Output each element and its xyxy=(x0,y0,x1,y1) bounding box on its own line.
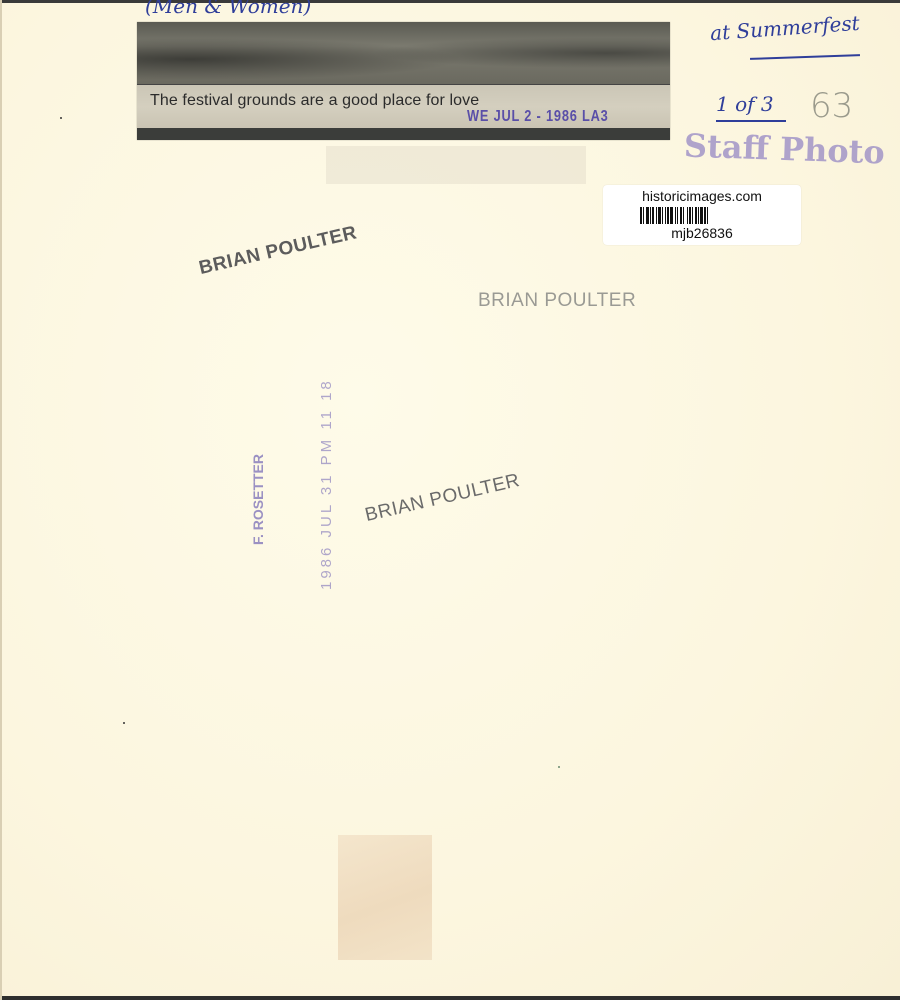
staff-photo-stamp: Staff Photo xyxy=(683,127,885,172)
tape-strip xyxy=(326,146,586,184)
speck xyxy=(60,117,62,119)
received-date-stamp: 1986 JUL 31 PM 11 18 xyxy=(318,378,335,590)
clipping-photo xyxy=(137,22,670,84)
handwritten-note-sequence: 1 of 3 xyxy=(716,92,774,116)
barcode-site: historicimages.com xyxy=(603,188,801,204)
clipping-caption: The festival grounds are a good place fo… xyxy=(150,92,479,110)
barcode-icon xyxy=(640,207,768,224)
received-name-stamp: F. ROSETTER xyxy=(250,454,266,545)
newspaper-clipping: The festival grounds are a good place fo… xyxy=(137,22,670,140)
clipping-date-stamp: WE JUL 2 - 1986 LA3 xyxy=(467,108,609,126)
left-edge xyxy=(0,0,2,1000)
bottom-edge xyxy=(0,996,900,1000)
speck xyxy=(558,766,560,768)
photographer-stamp: BRIAN POULTER xyxy=(478,290,636,312)
handwritten-note-top: (Men & Women) xyxy=(145,0,311,18)
tape-strip xyxy=(338,835,432,960)
barcode-label: historicimages.com mjb26836 xyxy=(603,185,801,245)
clipping-bottom-bar xyxy=(137,128,670,140)
pencil-number: 63 xyxy=(810,86,853,126)
underline xyxy=(716,120,786,122)
speck xyxy=(123,722,125,724)
top-edge xyxy=(0,0,900,3)
barcode-id: mjb26836 xyxy=(603,225,801,241)
